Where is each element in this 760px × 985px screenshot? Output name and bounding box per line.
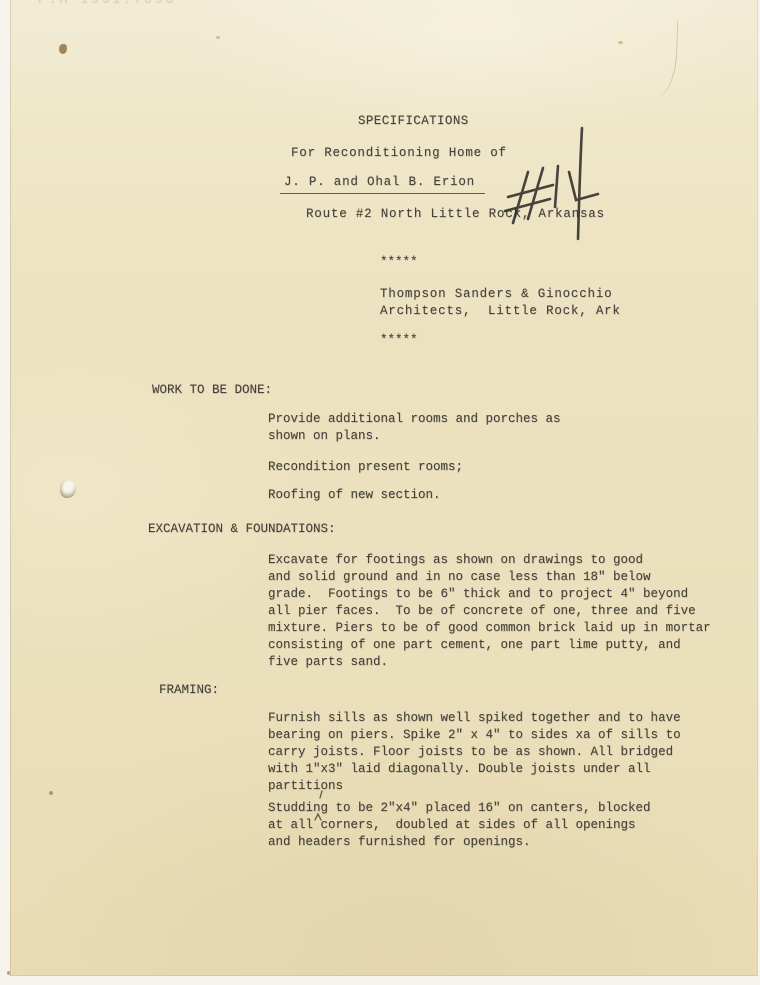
doc-title: SPECIFICATIONS (358, 113, 469, 130)
separator-top: ***** (380, 254, 418, 271)
paragraph: Recondition present rooms; (268, 459, 463, 476)
paragraph: Roofing of new section. (268, 487, 441, 504)
scanned-document: P.M 1961.7096 SPECIFICATIONS For Recondi… (0, 0, 760, 985)
section-heading-excavation-foundations: EXCAVATION & FOUNDATIONS: (148, 521, 336, 538)
scan-speck (7, 971, 10, 975)
handwritten-number-14-mark (495, 115, 620, 255)
paper-crease (653, 20, 679, 99)
paper-speck (216, 36, 220, 39)
paragraph: Provide additional rooms and porches as … (268, 411, 561, 445)
handwritten-number-value: #14 (10, 0, 11, 1)
architect-name: Thompson Sanders & Ginocchio (380, 286, 612, 303)
separator-bottom: ***** (380, 332, 418, 349)
owners-line: J. P. and Ohal B. Erion (280, 174, 485, 194)
architect-location: Architects, Little Rock, Ark (380, 303, 621, 320)
accession-stamp: P.M 1961.7096 (38, 0, 176, 8)
paper-hole (60, 480, 76, 498)
section-heading-framing: FRAMING: (159, 682, 219, 699)
paper-speck (49, 791, 53, 795)
section-heading-work-to-be-done: WORK TO BE DONE: (152, 382, 272, 399)
paragraph: Studding to be 2"x4" placed 16" on cante… (268, 800, 651, 851)
paper-speck (618, 41, 623, 44)
address-line: Route #2 North Little Rock, Arkansas (306, 206, 605, 223)
paper-sheet: P.M 1961.7096 SPECIFICATIONS For Recondi… (10, 0, 758, 976)
paragraph: Furnish sills as shown well spiked toget… (268, 710, 681, 795)
paragraph: Excavate for footings as shown on drawin… (268, 552, 711, 671)
paper-blemish (59, 44, 67, 54)
doc-subtitle: For Reconditioning Home of (291, 145, 507, 162)
